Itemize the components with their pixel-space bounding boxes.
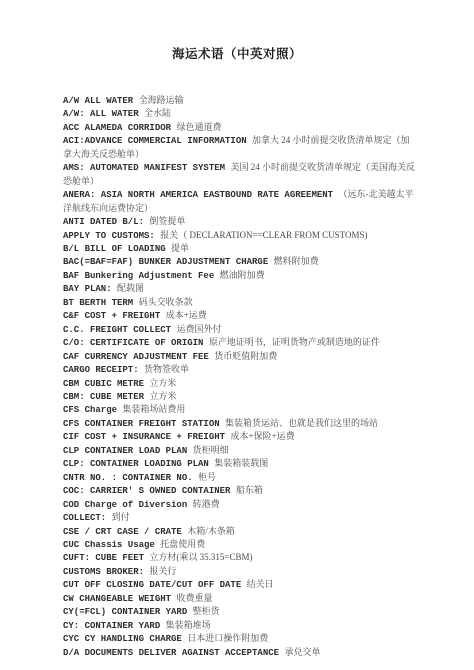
term-chinese: 报关（ DECLARATION==CLEAR FROM CUSTOMS) <box>160 230 367 240</box>
term-line: ACC ALAMEDA CORRIDOR 绿色通道费 <box>63 121 417 134</box>
term-line: BT BERTH TERM 码头交收条款 <box>63 296 417 309</box>
term-chinese: 集装箱货运站、也就是我们这里的场站 <box>225 418 378 428</box>
term-english: COLLECT: <box>63 513 106 523</box>
term-chinese: 原产地证明书，证明货物产或制造地的证件 <box>209 337 380 347</box>
term-english: CLP: CONTAINER LOADING PLAN <box>63 459 209 469</box>
term-english: C.C. FREIGHT COLLECT <box>63 325 171 335</box>
term-line: CAF CURRENCY ADJUSTMENT FEE 货币贬值附加费 <box>63 350 417 363</box>
term-english: CNTR NO. : CONTAINER NO. <box>63 473 193 483</box>
term-chinese: 立方米 <box>149 391 176 401</box>
term-line: CYC CY HANDLING CHARGE 日本进口操作附加费 <box>63 632 417 645</box>
term-chinese: 成本+运费 <box>166 310 207 320</box>
term-line: CY(=FCL) CONTAINER YARD 整柜货 <box>63 605 417 618</box>
term-english: CY(=FCL) CONTAINER YARD <box>63 607 187 617</box>
term-english: C/O: CERTIFICATE OF ORIGIN <box>63 338 203 348</box>
term-line: CFS CONTAINER FREIGHT STATION 集装箱货运站、也就是… <box>63 417 417 430</box>
term-line: CNTR NO. : CONTAINER NO. 柜号 <box>63 471 417 484</box>
term-english: CLP CONTAINER LOAD PLAN <box>63 446 187 456</box>
term-chinese: 货柜明细 <box>193 445 229 455</box>
term-chinese: 集装箱场站费用 <box>122 404 185 414</box>
term-line: CLP CONTAINER LOAD PLAN 货柜明细 <box>63 444 417 457</box>
term-chinese: 立方米 <box>149 378 176 388</box>
term-english: CY: CONTAINER YARD <box>63 621 160 631</box>
term-line: BAC(=BAF=FAF) BUNKER ADJUSTMENT CHARGE 燃… <box>63 255 417 268</box>
term-english: CARGO RECEIPT: <box>63 365 139 375</box>
term-line: CW CHANGEABLE WEIGHT 收费重量 <box>63 592 417 605</box>
term-chinese: 码头交收条款 <box>139 297 193 307</box>
term-chinese: 结关日 <box>247 579 274 589</box>
term-chinese: 货物签收单 <box>144 364 189 374</box>
term-english: CBM CUBIC METRE <box>63 379 144 389</box>
term-chinese: 货币贬值附加费 <box>214 351 277 361</box>
term-english: A/W: ALL WATER <box>63 109 139 119</box>
term-english: CSE / CRT CASE / CRATE <box>63 527 182 537</box>
term-line: CIF COST + INSURANCE + FREIGHT 成本+保险+运费 <box>63 430 417 443</box>
term-english: CFS CONTAINER FREIGHT STATION <box>63 419 220 429</box>
term-english: D/A DOCUMENTS DELIVER AGAINST ACCEPTANCE <box>63 648 279 658</box>
term-chinese: 配载图 <box>117 283 144 293</box>
term-line: C/O: CERTIFICATE OF ORIGIN 原产地证明书，证明货物产或… <box>63 336 417 349</box>
term-line: CLP: CONTAINER LOADING PLAN 集装箱装载图 <box>63 457 417 470</box>
term-english: ACI:ADVANCE COMMERCIAL INFORMATION <box>63 136 247 146</box>
term-line: COLLECT: 到付 <box>63 511 417 524</box>
term-line: APPLY TO CUSTOMS: 报关（ DECLARATION==CLEAR… <box>63 229 417 242</box>
term-english: CUFT: CUBE FEET <box>63 553 144 563</box>
term-chinese: 燃料附加费 <box>274 256 319 266</box>
term-chinese: 到付 <box>112 512 130 522</box>
term-line: CBM CUBIC METRE 立方米 <box>63 377 417 390</box>
term-line: BAF Bunkering Adjustment Fee 燃油附加费 <box>63 269 417 282</box>
term-english: BAF Bunkering Adjustment Fee <box>63 271 214 281</box>
term-english: COC: CARRIER' S OWNED CONTAINER <box>63 486 230 496</box>
term-english: APPLY TO CUSTOMS: <box>63 231 155 241</box>
term-chinese: 绿色通道费 <box>176 122 221 132</box>
term-line: A/W ALL WATER 全海路运输 <box>63 94 417 107</box>
term-line: CUC Chassis Usage 托盘使用费 <box>63 538 417 551</box>
term-english: A/W ALL WATER <box>63 96 133 106</box>
term-chinese: 运费国外付 <box>176 324 221 334</box>
term-line: D/A DOCUMENTS DELIVER AGAINST ACCEPTANCE… <box>63 646 417 659</box>
term-line: CFS Charge 集装箱场站费用 <box>63 403 417 416</box>
term-chinese: 提单 <box>171 243 189 253</box>
term-line: ACI:ADVANCE COMMERCIAL INFORMATION 加拿大 2… <box>63 134 417 161</box>
term-line: C.C. FREIGHT COLLECT 运费国外付 <box>63 323 417 336</box>
term-english: BT BERTH TERM <box>63 298 133 308</box>
term-line: AMS: AUTOMATED MANIFEST SYSTEM 美国 24 小时前… <box>63 161 417 188</box>
term-chinese: 燃油附加费 <box>220 270 265 280</box>
term-english: CUT OFF CLOSING DATE/CUT OFF DATE <box>63 580 241 590</box>
term-english: ANERA: ASIA NORTH AMERICA EASTBOUND RATE… <box>63 190 333 200</box>
term-line: B/L BILL OF LOADING 提单 <box>63 242 417 255</box>
term-line: CSE / CRT CASE / CRATE 木箱/木条箱 <box>63 525 417 538</box>
term-english: AMS: AUTOMATED MANIFEST SYSTEM <box>63 163 225 173</box>
term-english: CBM: CUBE METER <box>63 392 144 402</box>
term-chinese: 全水陆 <box>144 108 171 118</box>
term-english: CFS Charge <box>63 405 117 415</box>
term-chinese: 收费重量 <box>176 593 212 603</box>
term-english: BAC(=BAF=FAF) BUNKER ADJUSTMENT CHARGE <box>63 257 268 267</box>
term-line: CBM: CUBE METER 立方米 <box>63 390 417 403</box>
term-english: ANTI DATED B/L: <box>63 217 144 227</box>
term-chinese: 倒签提单 <box>149 216 185 226</box>
term-chinese: 全海路运输 <box>139 95 184 105</box>
term-line: ANTI DATED B/L: 倒签提单 <box>63 215 417 228</box>
term-chinese: 立方材(乘以 35.315=CBM) <box>149 552 252 562</box>
term-chinese: 报关行 <box>149 566 176 576</box>
document-page: 海运术语（中英对照） A/W ALL WATER 全海路运输A/W: ALL W… <box>0 0 474 670</box>
term-line: C&F COST + FREIGHT 成本+运费 <box>63 309 417 322</box>
term-chinese: 转港费 <box>193 499 220 509</box>
term-chinese: 集装箱装载图 <box>214 458 268 468</box>
term-english: CW CHANGEABLE WEIGHT <box>63 594 171 604</box>
term-chinese: 承兑交单 <box>284 647 320 657</box>
term-english: CIF COST + INSURANCE + FREIGHT <box>63 432 225 442</box>
term-chinese: 成本+保险+运费 <box>230 431 294 441</box>
term-english: C&F COST + FREIGHT <box>63 311 160 321</box>
term-line: CUSTOMS BROKER: 报关行 <box>63 565 417 578</box>
term-english: CUC Chassis Usage <box>63 540 155 550</box>
term-english: B/L BILL OF LOADING <box>63 244 166 254</box>
term-chinese: 日本进口操作附加费 <box>187 633 268 643</box>
term-line: CARGO RECEIPT: 货物签收单 <box>63 363 417 376</box>
term-chinese: 集装箱堆场 <box>166 620 211 630</box>
term-line: CY: CONTAINER YARD 集装箱堆场 <box>63 619 417 632</box>
term-english: CAF CURRENCY ADJUSTMENT FEE <box>63 352 209 362</box>
term-english: ACC ALAMEDA CORRIDOR <box>63 123 171 133</box>
page-title: 海运术语（中英对照） <box>0 44 474 62</box>
term-english: COD Charge of Diversion <box>63 500 187 510</box>
term-chinese: 柜号 <box>198 472 216 482</box>
term-line: BAY PLAN: 配载图 <box>63 282 417 295</box>
term-line: A/W: ALL WATER 全水陆 <box>63 107 417 120</box>
term-chinese: 木箱/木条箱 <box>187 526 235 536</box>
term-chinese: 托盘使用费 <box>160 539 205 549</box>
term-line: CUFT: CUBE FEET 立方材(乘以 35.315=CBM) <box>63 551 417 564</box>
term-line: CUT OFF CLOSING DATE/CUT OFF DATE 结关日 <box>63 578 417 591</box>
term-chinese: 船东箱 <box>236 485 263 495</box>
term-english: CUSTOMS BROKER: <box>63 567 144 577</box>
term-line: ANERA: ASIA NORTH AMERICA EASTBOUND RATE… <box>63 188 417 215</box>
term-chinese: 整柜货 <box>193 606 220 616</box>
term-english: BAY PLAN: <box>63 284 112 294</box>
term-line: COD Charge of Diversion 转港费 <box>63 498 417 511</box>
terms-list: A/W ALL WATER 全海路运输A/W: ALL WATER 全水陆ACC… <box>63 94 417 659</box>
term-line: COC: CARRIER' S OWNED CONTAINER 船东箱 <box>63 484 417 497</box>
term-english: CYC CY HANDLING CHARGE <box>63 634 182 644</box>
